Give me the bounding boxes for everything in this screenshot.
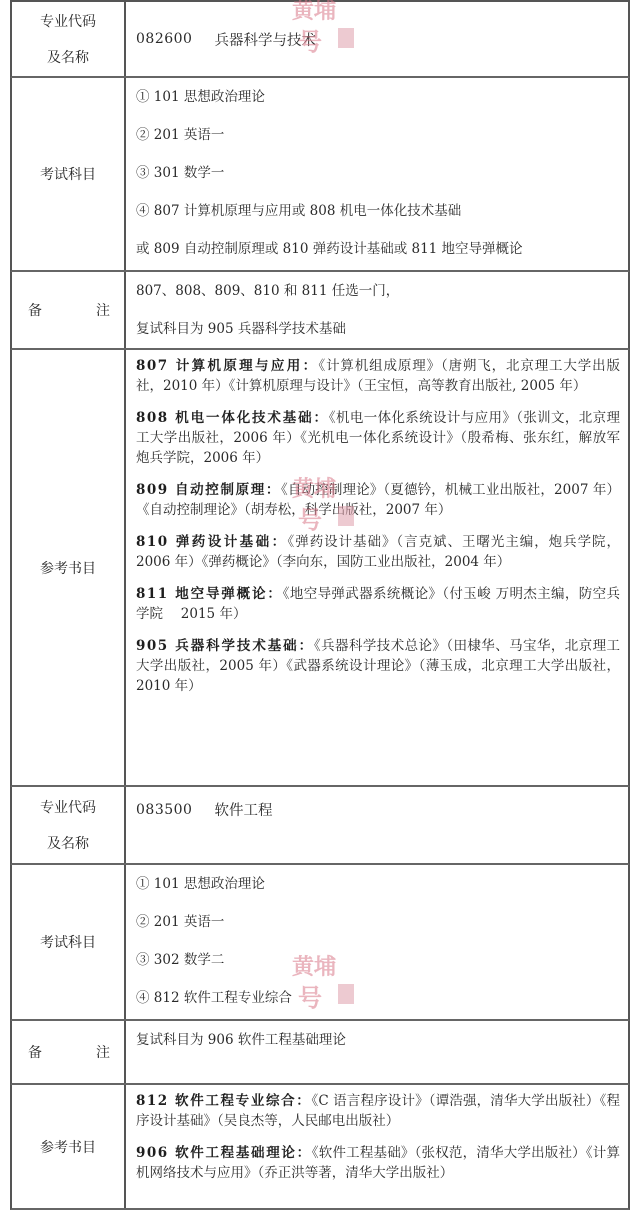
major-code: 083500 <box>136 802 192 818</box>
major-label-line1: 专业代码 <box>40 797 96 817</box>
notes-row: 备 注 807、808、809、810 和 811 任选一门， 复试科目为 90… <box>10 272 630 350</box>
books-label: 参考书目 <box>40 1137 96 1157</box>
exam-subjects-cell: ① 101 思想政治理论 ② 201 英语一 ③ 302 数学二 ④ 812 软… <box>126 865 628 1019</box>
book-subject: 812 软件工程专业综合： <box>136 1093 311 1109</box>
exam-subjects-cell: ① 101 思想政治理论 ② 201 英语一 ③ 301 数学一 ④ 807 计… <box>126 78 628 270</box>
major-code: 082600 <box>136 31 192 47</box>
notes-label-cell: 备 注 <box>12 1021 126 1083</box>
major-name: 软件工程 <box>214 799 272 820</box>
book-subject: 905 兵器科学技术基础： <box>136 638 314 654</box>
book-entry: 807 计算机原理与应用：《计算机组成原理》（唐朔飞，北京理工大学出版社，201… <box>136 356 620 396</box>
notes-row: 备 注 复试科目为 906 软件工程基础理论 <box>10 1021 630 1085</box>
note-line: 807、808、809、810 和 811 任选一门， <box>136 272 620 310</box>
note-line: 复试科目为 905 兵器科学技术基础 <box>136 310 620 348</box>
book-entry: 811 地空导弹概论：《地空导弹武器系统概论》（付玉峻 万明杰主编，防空兵学院 … <box>136 584 620 624</box>
exam-label: 考试科目 <box>40 932 96 952</box>
major-label-cell: 专业代码 及名称 <box>12 2 126 76</box>
exam-label-cell: 考试科目 <box>12 865 126 1019</box>
book-entry: 808 机电一体化技术基础：《机电一体化系统设计与应用》（张训文，北京理工大学出… <box>136 408 620 468</box>
major-value-cell: 083500 软件工程 <box>126 787 628 863</box>
major-label-cell: 专业代码 及名称 <box>12 787 126 863</box>
books-label-cell: 参考书目 <box>12 1085 126 1208</box>
book-subject: 811 地空导弹概论： <box>136 586 283 602</box>
book-entry: 809 自动控制原理：《自动控制理论》（夏德钤，机械工业出版社，2007 年）《… <box>136 480 620 520</box>
exam-subject: ④ 812 软件工程专业综合 <box>136 979 620 1017</box>
book-subject: 807 计算机原理与应用： <box>136 358 318 374</box>
exam-subjects-row: 考试科目 ① 101 思想政治理论 ② 201 英语一 ③ 302 数学二 ④ … <box>10 865 630 1021</box>
book-subject: 808 机电一体化技术基础： <box>136 410 329 426</box>
notes-label-char: 注 <box>96 300 110 320</box>
exam-label-cell: 考试科目 <box>12 78 126 270</box>
major-label-line2: 及名称 <box>47 47 89 67</box>
books-label-cell: 参考书目 <box>12 350 126 785</box>
book-entry: 810 弹药设计基础：《弹药设计基础》（言克斌、王曙光主编，炮兵学院，2006 … <box>136 532 620 572</box>
books-label: 参考书目 <box>40 558 96 578</box>
books-cell: 807 计算机原理与应用：《计算机组成原理》（唐朔飞，北京理工大学出版社，201… <box>126 350 628 785</box>
exam-label: 考试科目 <box>40 164 96 184</box>
exam-subject: ③ 301 数学一 <box>136 154 620 192</box>
note-line: 复试科目为 906 软件工程基础理论 <box>136 1027 620 1053</box>
book-subject: 906 软件工程基础理论： <box>136 1145 312 1161</box>
exam-subject: ③ 302 数学二 <box>136 941 620 979</box>
exam-subject: 或 809 自动控制原理或 810 弹药设计基础或 811 地空导弹概论 <box>136 230 620 268</box>
exam-subject: ④ 807 计算机原理与应用或 808 机电一体化技术基础 <box>136 192 620 230</box>
major-value-cell: 082600 兵器科学与技术 <box>126 2 628 76</box>
book-entry: 812 软件工程专业综合：《C 语言程序设计》（谭浩强，清华大学出版社）《程序设… <box>136 1091 620 1131</box>
book-entry: 906 软件工程基础理论：《软件工程基础》（张权范，清华大学出版社）《计算机网络… <box>136 1143 620 1183</box>
notes-label-cell: 备 注 <box>12 272 126 348</box>
exam-subjects-row: 考试科目 ① 101 思想政治理论 ② 201 英语一 ③ 301 数学一 ④ … <box>10 78 630 272</box>
notes-label-char: 备 <box>28 1042 42 1062</box>
exam-subject: ② 201 英语一 <box>136 903 620 941</box>
notes-cell: 807、808、809、810 和 811 任选一门， 复试科目为 905 兵器… <box>126 272 628 348</box>
major-row: 专业代码 及名称 082600 兵器科学与技术 <box>10 0 630 78</box>
notes-cell: 复试科目为 906 软件工程基础理论 <box>126 1021 628 1083</box>
notes-label-char: 注 <box>96 1042 110 1062</box>
book-entry: 905 兵器科学技术基础：《兵器科学技术总论》（田棣华、马宝华，北京理工大学出版… <box>136 636 620 696</box>
notes-label-char: 备 <box>28 300 42 320</box>
exam-subject: ① 101 思想政治理论 <box>136 78 620 116</box>
exam-subject: ① 101 思想政治理论 <box>136 865 620 903</box>
exam-subject: ② 201 英语一 <box>136 116 620 154</box>
major-row: 专业代码 及名称 083500 软件工程 <box>10 787 630 865</box>
book-subject: 810 弹药设计基础： <box>136 534 288 550</box>
major-label-line2: 及名称 <box>47 833 89 853</box>
book-subject: 809 自动控制原理： <box>136 482 281 498</box>
books-row: 参考书目 807 计算机原理与应用：《计算机组成原理》（唐朔飞，北京理工大学出版… <box>10 350 630 787</box>
books-row: 参考书目 812 软件工程专业综合：《C 语言程序设计》（谭浩强，清华大学出版社… <box>10 1085 630 1210</box>
books-cell: 812 软件工程专业综合：《C 语言程序设计》（谭浩强，清华大学出版社）《程序设… <box>126 1085 628 1208</box>
major-name: 兵器科学与技术 <box>214 29 316 50</box>
major-label-line1: 专业代码 <box>40 11 96 31</box>
exam-info-table: 专业代码 及名称 082600 兵器科学与技术 考试科目 ① 101 思想政治理… <box>10 0 630 1210</box>
